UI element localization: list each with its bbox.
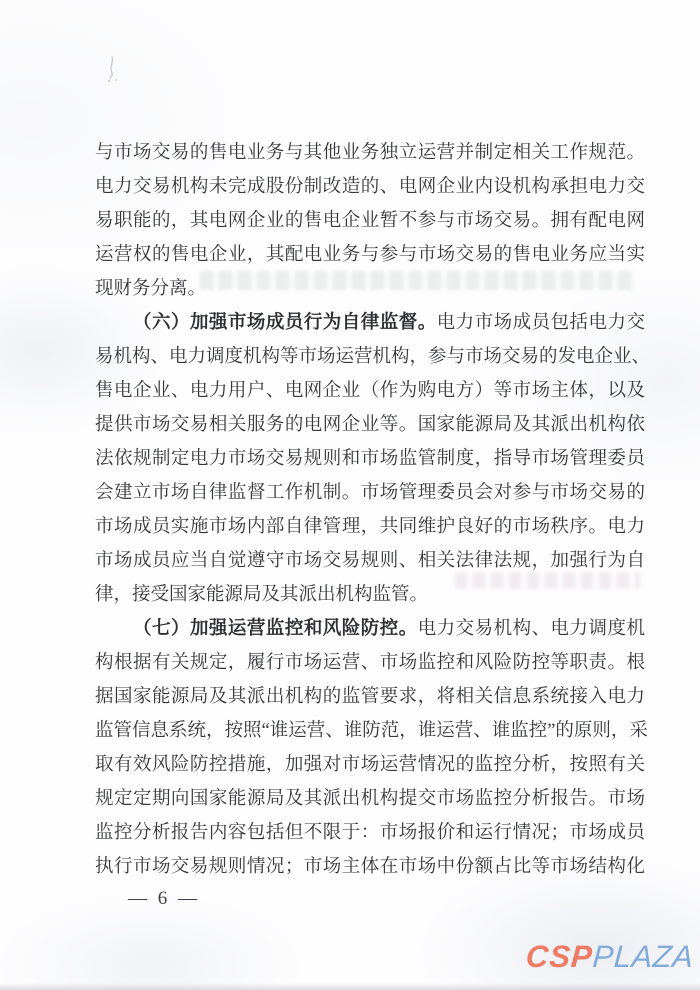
section-heading: （七）加强运营监控和风险防控。 bbox=[133, 619, 418, 639]
text-line: 执行市场交易规则情况；市场主体在市场中份额占比等市场结构化 bbox=[95, 850, 645, 884]
text-line: 与市场交易的售电业务与其他业务独立运营并制定相关工作规范。 bbox=[95, 136, 645, 170]
text-line: （七）加强运营监控和风险防控。电力交易机构、电力调度机 bbox=[95, 612, 645, 646]
text-line: 取有效风险防控措施，加强对市场运营情况的监控分析，按照有关 bbox=[95, 748, 645, 782]
text-line: 构根据有关规定，履行市场运营、市场监控和风险防控等职责。根 bbox=[95, 646, 645, 680]
paragraph: 与市场交易的售电业务与其他业务独立运营并制定相关工作规范。 电力交易机构未完成股… bbox=[95, 136, 645, 306]
text-line: 律，接受国家能源局及其派出机构监管。 bbox=[95, 578, 645, 612]
logo-csp: CSP bbox=[525, 939, 594, 974]
text-line: 法依规制定电力市场交易规则和市场监管制度，指导市场管理委员 bbox=[95, 442, 645, 476]
text-segment: 电力交易机构、电力调度机 bbox=[418, 619, 645, 639]
text-segment: 电力市场成员包括电力交 bbox=[437, 313, 645, 333]
scan-bottom-edge-shadow bbox=[0, 983, 700, 990]
text-line: 市场成员实施市场内部自律管理，共同维护良好的市场秩序。电力 bbox=[95, 510, 645, 544]
text-line: 会建立市场自律监督工作机制。市场管理委员会对参与市场交易的 bbox=[95, 476, 645, 510]
text-line: 监控分析报告内容包括但不限于：市场报价和运行情况；市场成员 bbox=[95, 816, 645, 850]
text-line: 据国家能源局及其派出机构的监管要求，将相关信息系统接入电力 bbox=[95, 680, 645, 714]
document-page: 与市场交易的售电业务与其他业务独立运营并制定相关工作规范。 电力交易机构未完成股… bbox=[0, 0, 700, 990]
text-line: 易机构、电力调度机构等市场运营机构，参与市场交易的发电企业、 bbox=[95, 340, 645, 374]
text-line: 提供市场交易相关服务的电网企业等。国家能源局及其派出机构依 bbox=[95, 408, 645, 442]
text-line: 售电企业、电力用户、电网企业（作为购电方）等市场主体，以及 bbox=[95, 374, 645, 408]
scan-artifact-squiggle bbox=[103, 55, 123, 87]
cspplaza-watermark-logo: CSPPLAZA bbox=[525, 941, 695, 973]
text-line: 监管信息系统，按照“谁运营、谁防范，谁运营、谁监控”的原则，采 bbox=[95, 714, 645, 748]
section-heading: （六）加强市场成员行为自律监督。 bbox=[133, 313, 437, 333]
paragraph: （六）加强市场成员行为自律监督。电力市场成员包括电力交 易机构、电力调度机构等市… bbox=[95, 306, 645, 612]
text-line: 电力交易机构未完成股份制改造的、电网企业内设机构承担电力交 bbox=[95, 170, 645, 204]
logo-plaza: PLAZA bbox=[592, 939, 695, 974]
paragraph: （七）加强运营监控和风险防控。电力交易机构、电力调度机 构根据有关规定，履行市场… bbox=[95, 612, 645, 884]
document-body: 与市场交易的售电业务与其他业务独立运营并制定相关工作规范。 电力交易机构未完成股… bbox=[95, 136, 645, 884]
text-line: （六）加强市场成员行为自律监督。电力市场成员包括电力交 bbox=[95, 306, 645, 340]
text-line: 市场成员应当自觉遵守市场交易规则、相关法律法规，加强行为自 bbox=[95, 544, 645, 578]
text-line: 运营权的售电企业，其配电业务与参与市场交易的售电业务应当实 bbox=[95, 238, 645, 272]
text-line: 规定定期向国家能源局及其派出机构提交市场监控分析报告。市场 bbox=[95, 782, 645, 816]
page-number: — 6 — bbox=[128, 888, 200, 910]
text-line: 易职能的，其电网企业的售电企业暂不参与市场交易。拥有配电网 bbox=[95, 204, 645, 238]
text-line: 现财务分离。 bbox=[95, 272, 645, 306]
